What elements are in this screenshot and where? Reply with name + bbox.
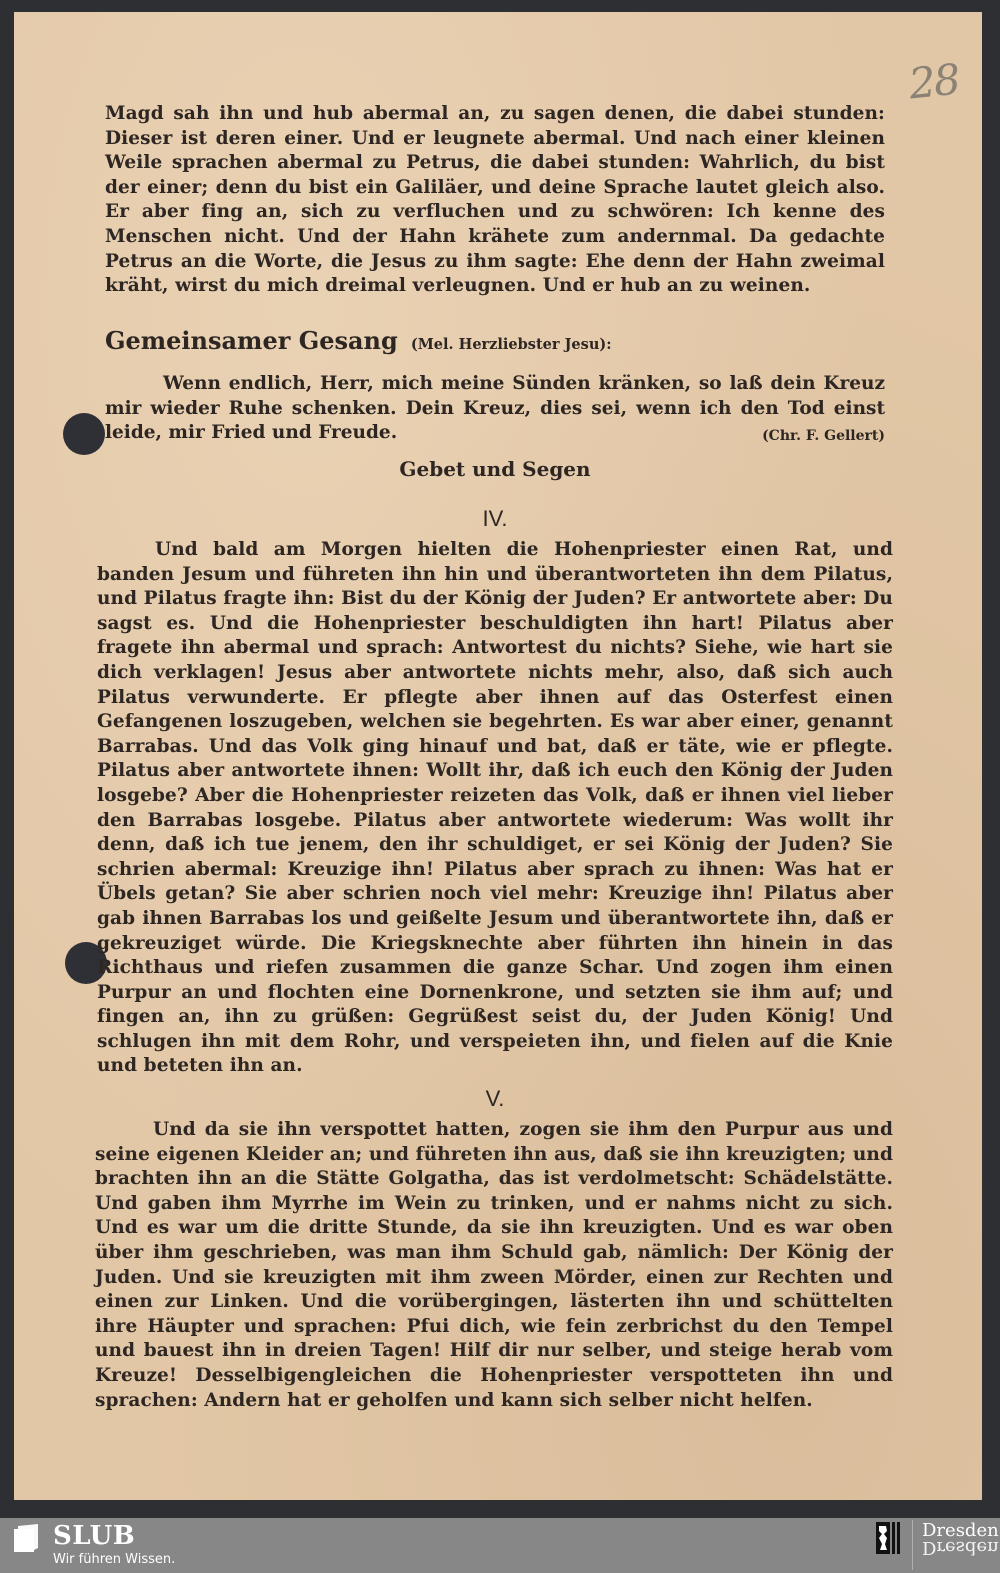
dresden-lion-crest-icon (876, 1522, 902, 1556)
document-page: 28 Magd sah ihn und hub abermal an, zu s… (14, 12, 982, 1500)
library-name[interactable]: SLUB (53, 1521, 135, 1551)
city-name-reflection: Dresden. (922, 1539, 1000, 1555)
section-v-text: Und da sie ihn verspottet hatten, zogen … (95, 1118, 893, 1413)
book-icon (12, 1524, 42, 1554)
footer-divider (912, 1520, 913, 1570)
passage-continued: Magd sah ihn und hub abermal an, zu sage… (105, 102, 885, 299)
city-name[interactable]: Dresden. Dresden. (922, 1523, 1000, 1555)
hymn-melody-note: (Mel. Herzliebster Jesu): (411, 336, 612, 353)
hymn-heading: Gemeinsamer Gesang (105, 326, 398, 355)
hymn-attribution: (Chr. F. Gellert) (762, 424, 885, 449)
library-tagline: Wir führen Wissen. (53, 1552, 175, 1567)
prayer-heading: Gebet und Segen (105, 457, 885, 481)
punch-hole-upper (63, 413, 105, 455)
section-numeral-v: V. (105, 1086, 885, 1112)
hymn-heading-row: Gemeinsamer Gesang (Mel. Herzliebster Je… (105, 326, 885, 355)
section-numeral-iv: IV. (105, 506, 885, 532)
section-iv-text: Und bald am Morgen hielten die Hohenprie… (97, 538, 893, 1079)
footer-bar: SLUB Wir führen Wissen. Dresden. Dresden… (0, 1518, 1000, 1573)
handwritten-page-number: 28 (907, 55, 961, 109)
hymn-text-block: Wenn endlich, Herr, mich meine Sünden kr… (105, 372, 885, 448)
